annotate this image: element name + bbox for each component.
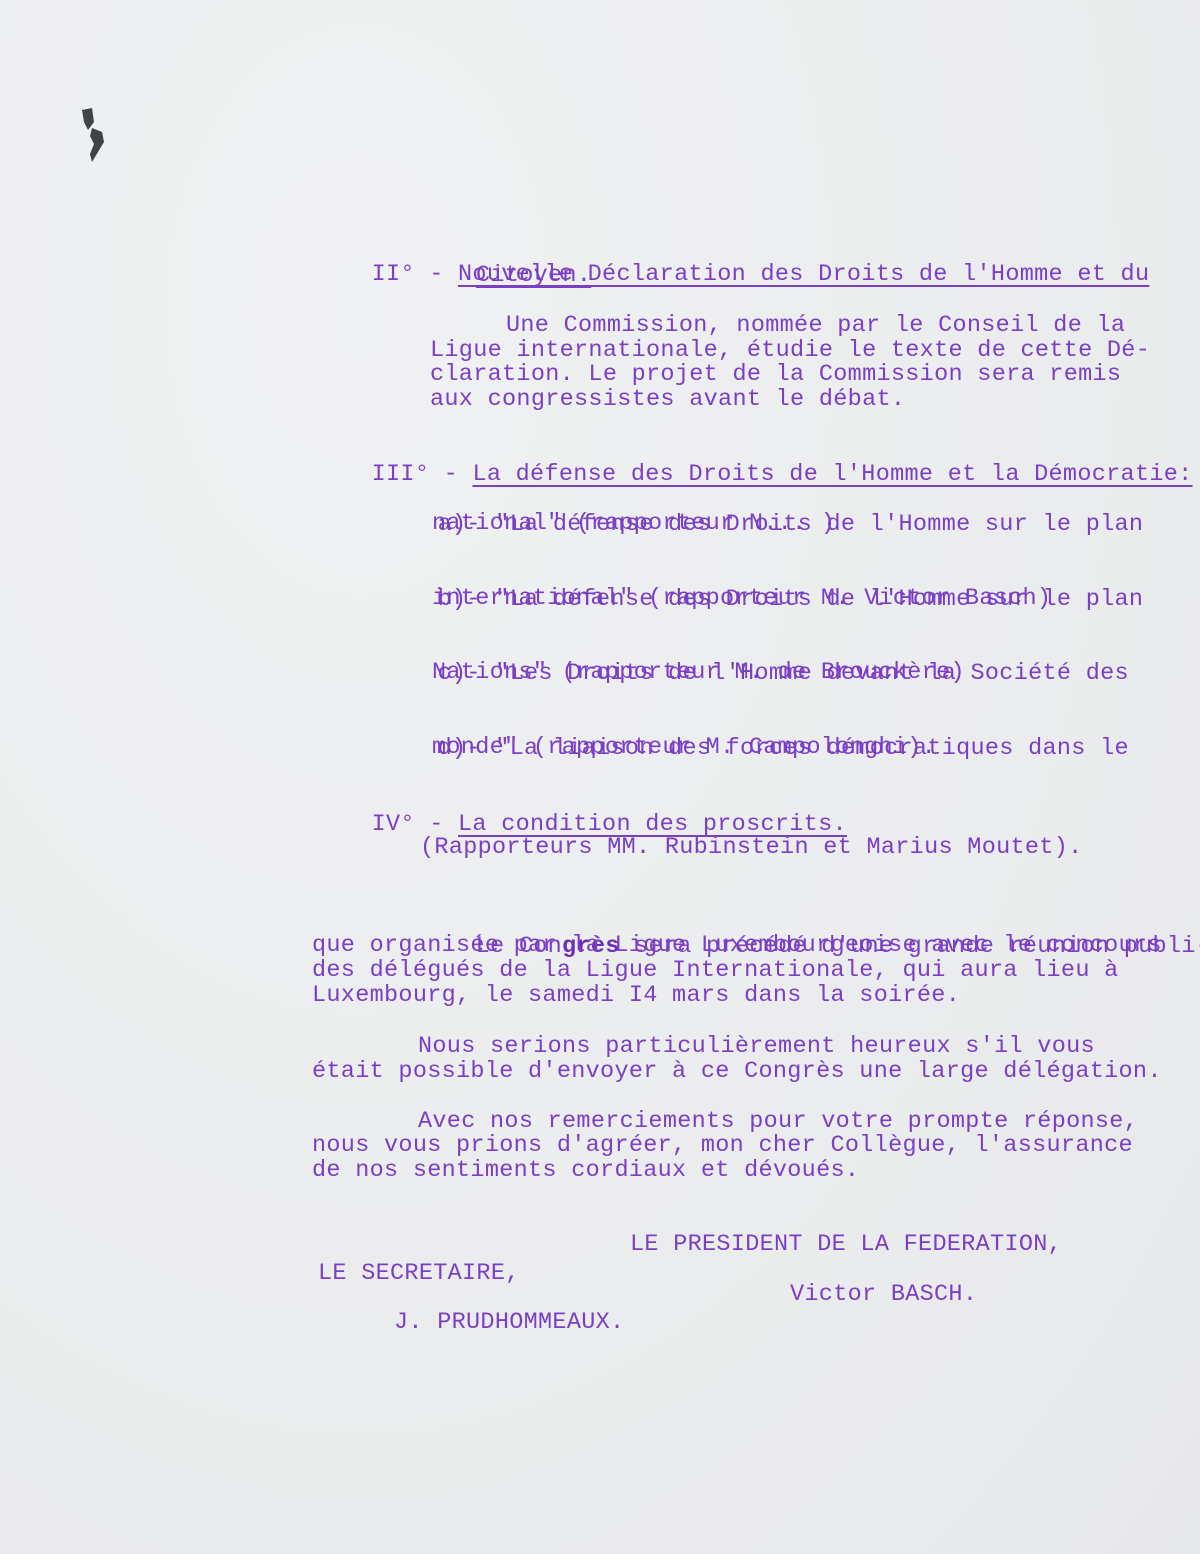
section-iii-title: La défense des Droits de l'Homme et la D… — [472, 461, 1192, 488]
section-iii-number: III° - — [372, 461, 473, 488]
section-ii-number: II° - — [372, 261, 458, 288]
section-ii-title-line2: Citoyen. — [476, 263, 591, 289]
list-item-b-cont: international" (rapporteur M. Victor Bas… — [432, 586, 1051, 612]
secretary-name: J. PRUDHOMMEAUX. — [394, 1310, 624, 1336]
section-ii-body-line: Une Commission, nommée par le Conseil de… — [506, 313, 1125, 339]
list-item-a-cont: national" (rapporteur N... ) — [432, 511, 835, 537]
congres-paragraph-line: des délégués de la Ligue Internationale,… — [312, 958, 1119, 984]
section-ii-heading: II° - Nouvelle Déclaration des Droits de… — [314, 236, 1149, 314]
section-ii-body-line: aux congressistes avant le débat. — [430, 387, 905, 413]
section-ii-body-line: claration. Le projet de la Commission se… — [430, 362, 1121, 388]
list-item-d-cont: monde" (rapporteur M. Campolonghi). — [432, 735, 936, 761]
congres-paragraph-line: Luxembourg, le samedi I4 mars dans la so… — [312, 983, 960, 1009]
closing-paragraph-line: nous vous prions d'agréer, mon cher Coll… — [312, 1133, 1133, 1159]
closing-paragraph-line: de nos sentiments cordiaux et dévoués. — [312, 1158, 859, 1184]
congres-paragraph-line: que organisée par la Ligue Luxembourgeoi… — [312, 933, 1162, 959]
president-title: LE PRESIDENT DE LA FEDERATION, — [630, 1232, 1062, 1258]
margin-ink-mark-icon — [80, 108, 110, 164]
delegation-paragraph-line: était possible d'envoyer à ce Congrès un… — [312, 1059, 1162, 1085]
document-page: II° - Nouvelle Déclaration des Droits de… — [0, 0, 1200, 1554]
secretary-title: LE SECRETAIRE, — [318, 1261, 520, 1287]
delegation-paragraph-line: Nous serions particulièrement heureux s'… — [418, 1034, 1095, 1060]
president-name: Victor BASCH. — [790, 1282, 977, 1308]
section-iv-rapporteurs: (Rapporteurs MM. Rubinstein et Marius Mo… — [420, 835, 1083, 861]
list-item-c-cont: Nations" (rapporteur M. de Brouckère) — [432, 660, 965, 686]
